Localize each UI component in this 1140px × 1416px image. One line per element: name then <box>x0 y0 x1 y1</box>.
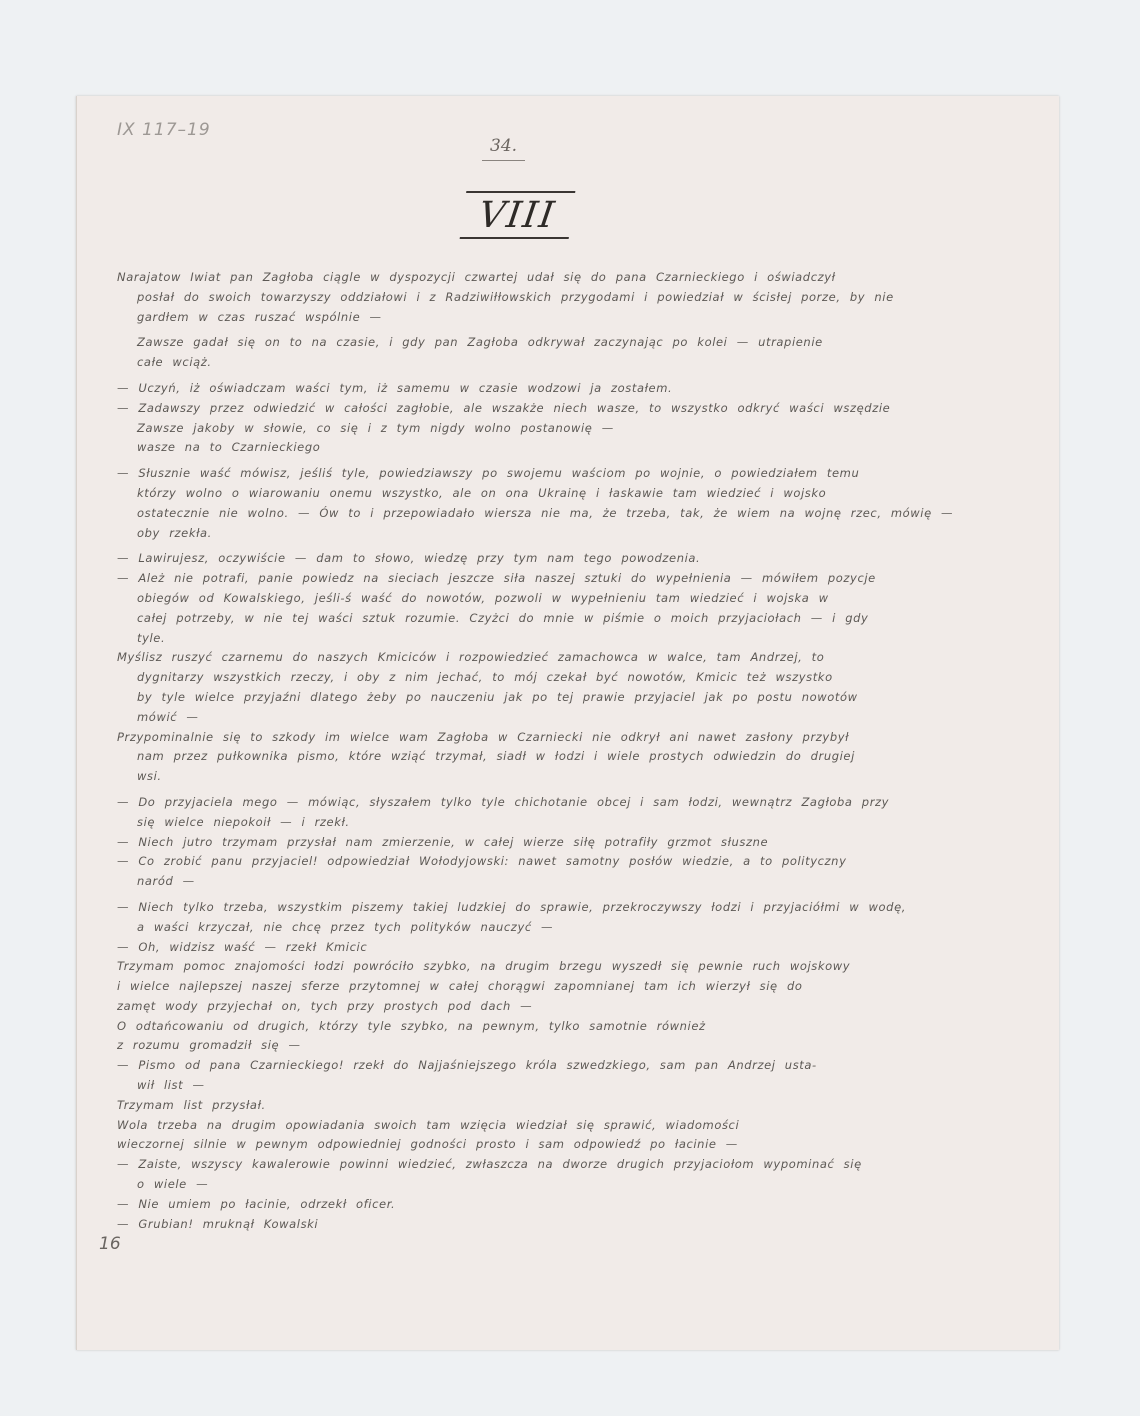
text-line: Zawsze gadał się on to na czasie, i gdy … <box>117 333 1029 353</box>
text-line: Zawsze jakoby w słowie, co się i z tym n… <box>117 419 1029 439</box>
text-line: Trzymam list przysłał. <box>117 1096 1029 1116</box>
text-line: wił list — <box>117 1076 1029 1096</box>
text-line: — Niech jutro trzymam przysłał nam zmier… <box>117 833 1029 853</box>
margin-page-number: 16 <box>99 1234 121 1254</box>
text-line: gardłem w czas ruszać wspólnie — <box>117 308 1029 328</box>
text-line: mówić — <box>117 708 1029 728</box>
text-line: się wielce niepokoił — i rzekł. <box>117 813 1029 833</box>
text-line: — Ależ nie potrafi, panie powiedz na sie… <box>117 569 1029 589</box>
text-line: dygnitarzy wszystkich rzeczy, i oby z ni… <box>117 668 1029 688</box>
archive-reference: IX 117–19 <box>117 120 211 140</box>
text-line: z rozumu gromadził się — <box>117 1036 1029 1056</box>
text-line: tyle. <box>117 629 1029 649</box>
text-line: i wielce najlepszej naszej sferze przyto… <box>117 977 1029 997</box>
text-line: Narajatow Iwiat pan Zagłoba ciągle w dys… <box>117 268 1029 288</box>
text-line: wsi. <box>117 767 1029 787</box>
text-line: Wola trzeba na drugim opowiadania swoich… <box>117 1116 1029 1136</box>
text-line: obiegów od Kowalskiego, jeśli-ś waść do … <box>117 589 1029 609</box>
manuscript-body: Narajatow Iwiat pan Zagłoba ciągle w dys… <box>117 268 1029 1234</box>
text-line: — Uczyń, iż oświadczam waści tym, iż sam… <box>117 379 1029 399</box>
text-line: całe wciąż. <box>117 353 1029 373</box>
text-line: — Słusznie waść mówisz, jeśliś tyle, pow… <box>117 464 1029 484</box>
text-line: ostatecznie nie wolno. — Ów to i przepow… <box>117 504 1029 524</box>
text-line: zamęt wody przyjechał on, tych przy pros… <box>117 997 1029 1017</box>
text-line: — Grubian! mruknął Kowalski <box>117 1215 1029 1235</box>
text-line: nam przez pułkownika pismo, które wziąć … <box>117 747 1029 767</box>
text-line: a waści krzyczał, nie chcę przez tych po… <box>117 918 1029 938</box>
text-line: — Lawirujesz, oczywiście — dam to słowo,… <box>117 549 1029 569</box>
text-line: naród — <box>117 872 1029 892</box>
text-line: — Nie umiem po łacinie, odrzekł oficer. <box>117 1195 1029 1215</box>
text-line: posłał do swoich towarzyszy oddziałowi i… <box>117 288 1029 308</box>
text-line: — Zaiste, wszyscy kawalerowie powinni wi… <box>117 1155 1029 1175</box>
text-line: wieczornej silnie w pewnym odpowiedniej … <box>117 1135 1029 1155</box>
chapter-heading: VIII <box>460 191 575 239</box>
text-line: Przypominalnie się to szkody im wielce w… <box>117 728 1029 748</box>
text-line: — Do przyjaciela mego — mówiąc, słyszałe… <box>117 793 1029 813</box>
text-line: o wiele — <box>117 1175 1029 1195</box>
text-line: Myślisz ruszyć czarnemu do naszych Kmici… <box>117 648 1029 668</box>
text-line: — Co zrobić panu przyjaciel! odpowiedzia… <box>117 852 1029 872</box>
text-line: O odtańcowaniu od drugich, którzy tyle s… <box>117 1017 1029 1037</box>
text-line: oby rzekła. <box>117 524 1029 544</box>
text-line: — Oh, widzisz waść — rzekł Kmicic <box>117 938 1029 958</box>
text-line: którzy wolno o wiarowaniu onemu wszystko… <box>117 484 1029 504</box>
text-line: — Zadawszy przez odwiedzić w całości zag… <box>117 399 1029 419</box>
manuscript-page: IX 117–19 34. VIII Narajatow Iwiat pan Z… <box>76 96 1059 1350</box>
text-line: Trzymam pomoc znajomości łodzi powróciło… <box>117 957 1029 977</box>
text-line: — Niech tylko trzeba, wszystkim piszemy … <box>117 898 1029 918</box>
folio-number: 34. <box>482 136 525 161</box>
text-line: całej potrzeby, w nie tej waści sztuk ro… <box>117 609 1029 629</box>
text-line: wasze na to Czarnieckiego <box>117 438 1029 458</box>
text-line: by tyle wielce przyjaźni dlatego żeby po… <box>117 688 1029 708</box>
text-line: — Pismo od pana Czarnieckiego! rzekł do … <box>117 1056 1029 1076</box>
